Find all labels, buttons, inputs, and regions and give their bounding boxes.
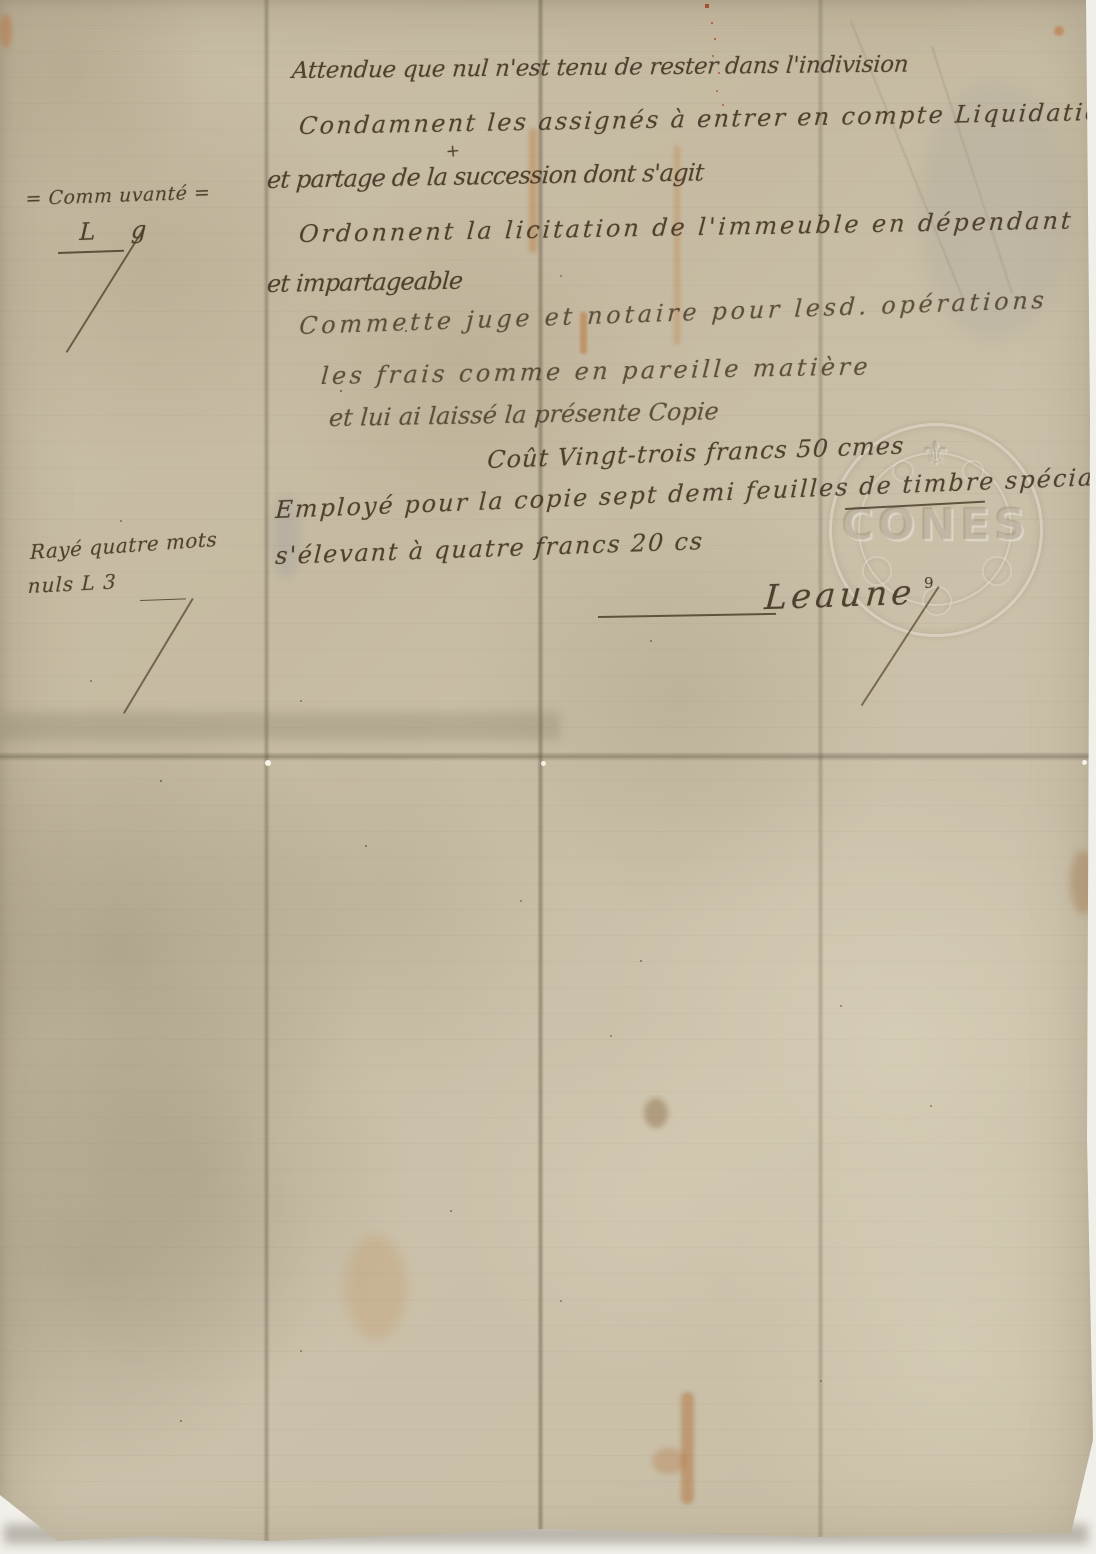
margin-note-top: = Comm uvanté =: [25, 182, 211, 210]
margin-paraph-stroke-2: [123, 598, 193, 714]
brown-spot: [644, 1098, 668, 1128]
margin-note-bottom-line2: nuls L 3: [28, 569, 117, 598]
handwriting-line-2: Condamnent les assignés à entrer en comp…: [298, 98, 1096, 140]
margin-note-underline: [140, 598, 186, 601]
paraph-underline: [58, 250, 124, 254]
palmette-icon: ⚜: [921, 434, 951, 474]
orange-dot: [1054, 26, 1064, 36]
insertion-caret-mark: +: [445, 141, 461, 162]
vertical-fold-left: [263, 0, 270, 1554]
paper-specks: [0, 0, 2, 2]
scanned-document: ⚜ CONES Attendue que nul n'est tenu de r…: [0, 0, 1096, 1554]
signature: Leaune: [763, 573, 917, 618]
margin-note-top-paraph: L g: [79, 215, 161, 246]
paper-speck: [1082, 760, 1087, 765]
edge-smudge: [0, 14, 12, 48]
handwriting-line-7: les frais comme en pareille matière: [320, 352, 872, 390]
signature-flourish-digit: 9: [924, 574, 934, 592]
manuscript-paper: ⚜ CONES Attendue que nul n'est tenu de r…: [0, 0, 1096, 1554]
margin-paraph-stroke: [66, 228, 145, 353]
crease-band: [0, 712, 560, 740]
handwriting-line-3: et partage de la succession dont s'agit: [266, 158, 704, 194]
wrinkle-line: [930, 46, 1014, 295]
paper-speck: [265, 760, 271, 766]
brown-stain-right-edge: [1070, 850, 1096, 914]
horizontal-fold: [0, 752, 1096, 761]
handwriting-line-4: Ordonnent la licitation de l'immeuble en…: [298, 206, 1074, 248]
handwriting-line-11: s'élevant à quatre francs 20 cs: [275, 527, 705, 570]
handwriting-line-5: et impartageable: [266, 267, 463, 298]
handwriting-line-8: et lui ai laissé la présente Copie: [328, 397, 720, 432]
margin-note-bottom-line1: Rayé quatre mots: [30, 527, 217, 564]
seal-scroll-ornament: [982, 556, 1012, 586]
handwriting-line-9: Coût Vingt-trois francs 50 cmes: [487, 431, 906, 474]
paper-speck: [541, 761, 546, 766]
faint-orange-stain: [345, 1235, 407, 1340]
rust-drip: [681, 1392, 694, 1504]
handwriting-line-1: Attendue que nul n'est tenu de rester da…: [291, 52, 909, 84]
rust-smudge: [652, 1448, 686, 1474]
signature-rule-line: [598, 613, 776, 618]
